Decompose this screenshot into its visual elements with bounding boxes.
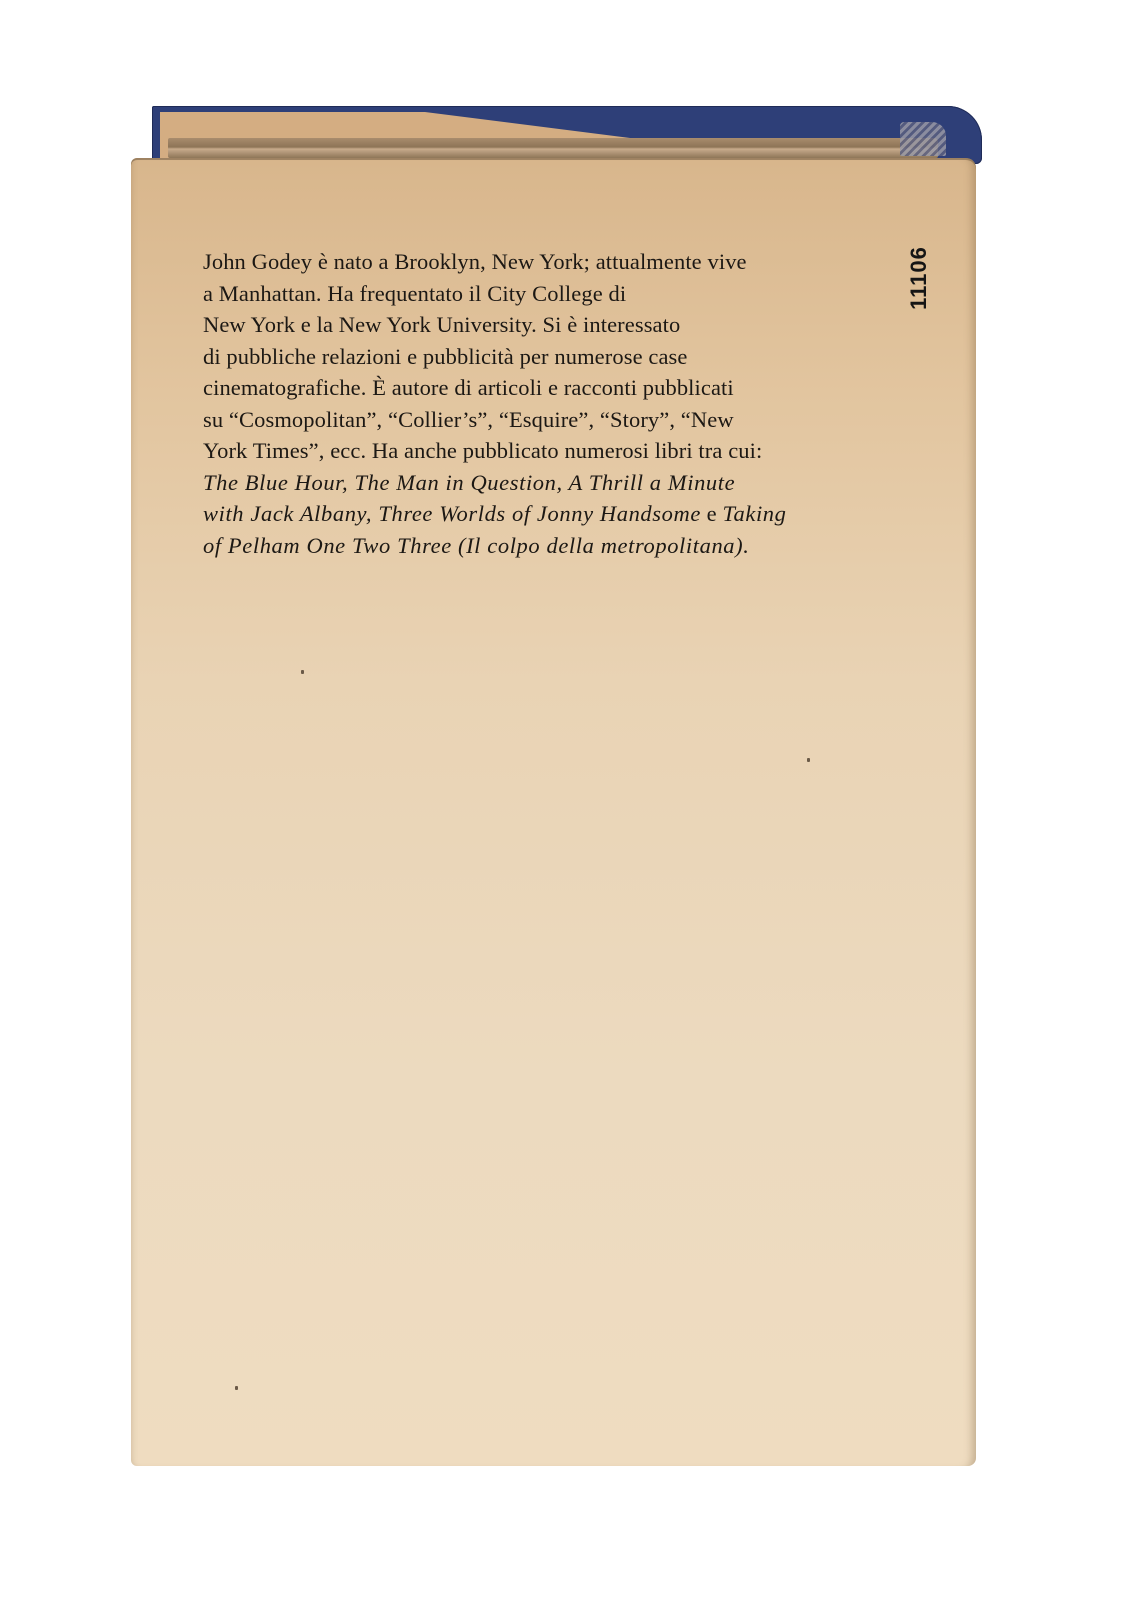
book-titles: The Blue Hour, The Man in Question, A Th…: [203, 470, 735, 495]
blurb-line: di pubbliche relazioni e pubblicità per …: [203, 341, 843, 373]
headband: [900, 122, 946, 156]
book-title: of Pelham One Two Three (Il colpo della …: [203, 533, 749, 558]
book-titles: with Jack Albany, Three Worlds of Jonny …: [203, 501, 701, 526]
blurb-line: su “Cosmopolitan”, “Collier’s”, “Esquire…: [203, 404, 843, 436]
paper-speck: [301, 670, 304, 674]
conjunction: e: [701, 501, 723, 526]
page-block-edge: [168, 138, 938, 158]
blurb-line-titles: The Blue Hour, The Man in Question, A Th…: [203, 467, 843, 499]
back-cover: John Godey è nato a Brooklyn, New York; …: [131, 158, 976, 1466]
catalog-number-text: 11106: [906, 246, 932, 310]
blurb-line: John Godey è nato a Brooklyn, New York; …: [203, 246, 843, 278]
catalog-number: 11106: [899, 226, 939, 330]
blurb-line: cinematografiche. È autore di articoli e…: [203, 372, 843, 404]
blurb-line: New York e la New York University. Si è …: [203, 309, 843, 341]
paper-speck: [807, 758, 810, 762]
paper-speck: [235, 1386, 238, 1390]
blurb-line: York Times”, ecc. Ha anche pubblicato nu…: [203, 435, 843, 467]
book-title: Taking: [722, 501, 786, 526]
blurb-line-titles: with Jack Albany, Three Worlds of Jonny …: [203, 498, 843, 530]
blurb-line: a Manhattan. Ha frequentato il City Coll…: [203, 278, 843, 310]
author-blurb: John Godey è nato a Brooklyn, New York; …: [203, 246, 843, 561]
blurb-line-titles: of Pelham One Two Three (Il colpo della …: [203, 530, 843, 562]
